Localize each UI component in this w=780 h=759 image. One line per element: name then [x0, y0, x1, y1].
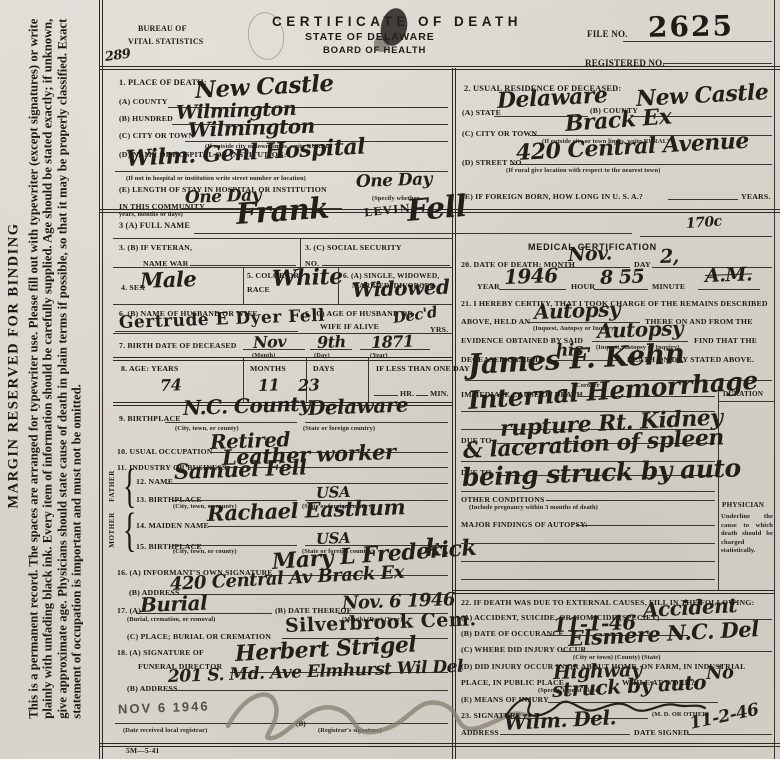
birthplace-place: N.C. County — [183, 392, 311, 420]
age-top-rule — [113, 357, 452, 361]
fullname-last: Fell — [405, 189, 467, 229]
registered-no-line — [663, 63, 772, 64]
margin-binding-label: MARGIN RESERVED FOR BINDING — [6, 206, 23, 526]
pod-county-label: (A) COUNTY — [119, 97, 168, 106]
ssn-label1: 3. (C) SOCIAL SECURITY — [305, 243, 402, 252]
dod-year-line — [499, 289, 566, 290]
mother-name-label: 14. MAIDEN NAME — [136, 521, 209, 530]
registered-no-label: REGISTERED NO. — [585, 58, 665, 68]
other-conditions-note: (Include pregnancy within 3 months of de… — [469, 504, 598, 511]
mother-bp-line1 — [172, 545, 297, 546]
form-code: 5M—5-41 — [126, 746, 159, 755]
received-date-stamp: NOV 6 1946 — [118, 698, 210, 716]
age-years-label: 8. AGE: YEARS — [121, 364, 179, 373]
birthplace-line2 — [305, 422, 448, 423]
physician-addr-value: Wilm. Del. — [503, 705, 616, 735]
res-street-note: (If rural give location with respect to … — [506, 167, 660, 174]
fullname-line — [194, 233, 632, 234]
mother-bp-note1: (City, town, or county) — [173, 548, 237, 555]
autopsy-line2 — [461, 561, 715, 562]
header-rule — [99, 66, 780, 70]
external-c-line — [562, 651, 772, 652]
name-row-rule — [113, 238, 452, 239]
certify-line3b: FIND THAT THE — [694, 336, 757, 345]
dod-hour-label: HOUR — [571, 282, 595, 291]
dod-hour-line — [594, 289, 648, 290]
autopsy-line3 — [461, 579, 715, 580]
external-b-label: (B) DATE OF OCCURANCE — [461, 629, 564, 638]
pen-flourish: k. — [424, 532, 449, 562]
bureau-line2: VITAL STATISTICS — [128, 37, 203, 46]
dod-day: 2, — [660, 245, 680, 268]
veteran-label1: 3. (B) IF VETERAN, — [119, 243, 192, 252]
pod-hundred-label: (B) HUNDRED — [119, 114, 173, 123]
state-title: STATE OF DELAWARE — [305, 31, 435, 43]
physician-addr-label: ADDRESS — [461, 728, 499, 737]
mother-name-line — [208, 526, 448, 527]
work-value: No — [706, 662, 734, 684]
dod-ampm: A.M. — [705, 263, 753, 287]
mother-brace: { — [123, 501, 136, 557]
certify-line2a: ABOVE, HELD AN — [461, 317, 530, 326]
birthdate-month-line — [243, 349, 305, 350]
autopsy-line0 — [576, 525, 715, 526]
spouse-age-label2: WIFE IF ALIVE — [320, 322, 379, 331]
sex-race-divider — [243, 267, 244, 304]
res-foreign-suffix: YEARS. — [741, 192, 771, 201]
age-days-label: DAYS — [313, 364, 334, 373]
page-number-handwritten: 289 — [104, 47, 131, 65]
father-side-label: FATHER — [108, 465, 116, 507]
bureau-line1: BUREAU OF — [138, 24, 187, 33]
res-street-value: 420 Central Avenue — [515, 128, 749, 166]
date-signed-line — [688, 734, 772, 735]
pod-stay-value: One Day — [356, 169, 433, 192]
dod-ampm-line — [698, 289, 760, 290]
mother-side-label: MOTHER — [108, 509, 116, 551]
row-rule-2 — [113, 304, 452, 305]
disposition-note: (Burial, cremation, or removal) — [127, 616, 215, 623]
father-name-value: Samuel Fell — [174, 454, 307, 484]
race-marital-divider — [338, 267, 339, 304]
other-conditions-label: OTHER CONDITIONS — [461, 495, 545, 504]
annotation-170c: 170c — [685, 214, 722, 232]
father-name-line — [166, 483, 448, 484]
file-no-label: FILE NO. — [587, 29, 628, 39]
marital-value: Widowed — [352, 275, 450, 302]
autopsy-label: MAJOR FINDINGS OF AUTOPSY: — [461, 520, 588, 529]
birthplace-line1 — [165, 422, 297, 423]
birthplace-state: Delaware — [308, 393, 409, 420]
registrar-received-note: (Date received local registrar) — [123, 727, 207, 734]
annotation-line — [640, 236, 772, 237]
res-foreign-line — [668, 199, 738, 200]
race-label2: RACE — [247, 285, 270, 294]
disposition-line — [136, 613, 272, 614]
sex-value: Male — [140, 266, 197, 293]
res-street-label: (D) STREET NO. — [462, 158, 524, 167]
file-no-value: 2625 — [648, 9, 735, 43]
dod-year-label: YEAR — [477, 282, 500, 291]
pod-city-label: (C) CITY OR TOWN — [119, 131, 194, 140]
autopsy-line1 — [461, 543, 715, 544]
mother-name-value: Rachael Easthum — [207, 494, 406, 526]
vet-ssn-divider — [300, 239, 301, 267]
cause-line4 — [461, 491, 715, 492]
fullname-first: Frank — [235, 191, 330, 231]
column-divider — [452, 68, 456, 759]
date-signed-label: DATE SIGNED — [634, 728, 689, 737]
physician-label: PHYSICIAN — [722, 501, 764, 509]
funeral-label1: 18. (A) SIGNATURE OF — [117, 648, 204, 657]
fullname-label: 3 (A) FULL NAME — [119, 221, 190, 230]
dod-month: Nov. — [568, 242, 613, 266]
pod-community-note: years, months or days) — [119, 211, 183, 218]
dod-hour: 8 55 — [600, 265, 645, 289]
form-left-border — [99, 0, 103, 759]
birthplace-note2: (State or foreign country) — [303, 425, 375, 432]
form-right-border — [774, 0, 775, 759]
occupation-label: 10. USUAL OCCUPATION — [117, 447, 213, 456]
physician-note: Underline the cause to which death shoul… — [721, 513, 773, 556]
death-certificate-page: MARGIN RESERVED FOR BINDING This is a pe… — [0, 0, 780, 759]
external-d-label2: PLACE, IN PUBLIC PLACE — [461, 678, 564, 687]
other-conditions-line — [546, 500, 715, 501]
age-months-label: MONTHS — [250, 364, 286, 373]
fullname-middle: Levin — [363, 202, 411, 220]
age-less-label: IF LESS THAN ONE DAY — [376, 364, 470, 373]
res-city-label: (C) CITY OR TOWN — [462, 129, 537, 138]
race-value: White — [272, 264, 344, 292]
dod-minute-label: MINUTE — [652, 282, 685, 291]
spouse-age-value: Dec'd — [392, 303, 438, 327]
birthdate-label: 7. BIRTH DATE OF DECEASED — [119, 341, 237, 350]
dod-year: 1946 — [504, 263, 558, 289]
duration-label-line — [718, 401, 775, 402]
physician-addr-line — [500, 734, 630, 735]
age-min-label: MIN. — [430, 389, 449, 398]
pod-hospital-note: (If not in hospital or institution write… — [126, 175, 306, 182]
father-name-label: 12. NAME — [136, 477, 173, 486]
age-years-value: 74 — [160, 375, 182, 395]
birthdate-day-line — [310, 349, 352, 350]
margin-instructions: This is a permanent record. The spaces a… — [26, 19, 83, 719]
birthdate-year-line — [360, 349, 430, 350]
age-min-line — [416, 395, 428, 396]
res-foreign-label: (E) IF FOREIGN BORN, HOW LONG IN U. S. A… — [462, 192, 643, 201]
